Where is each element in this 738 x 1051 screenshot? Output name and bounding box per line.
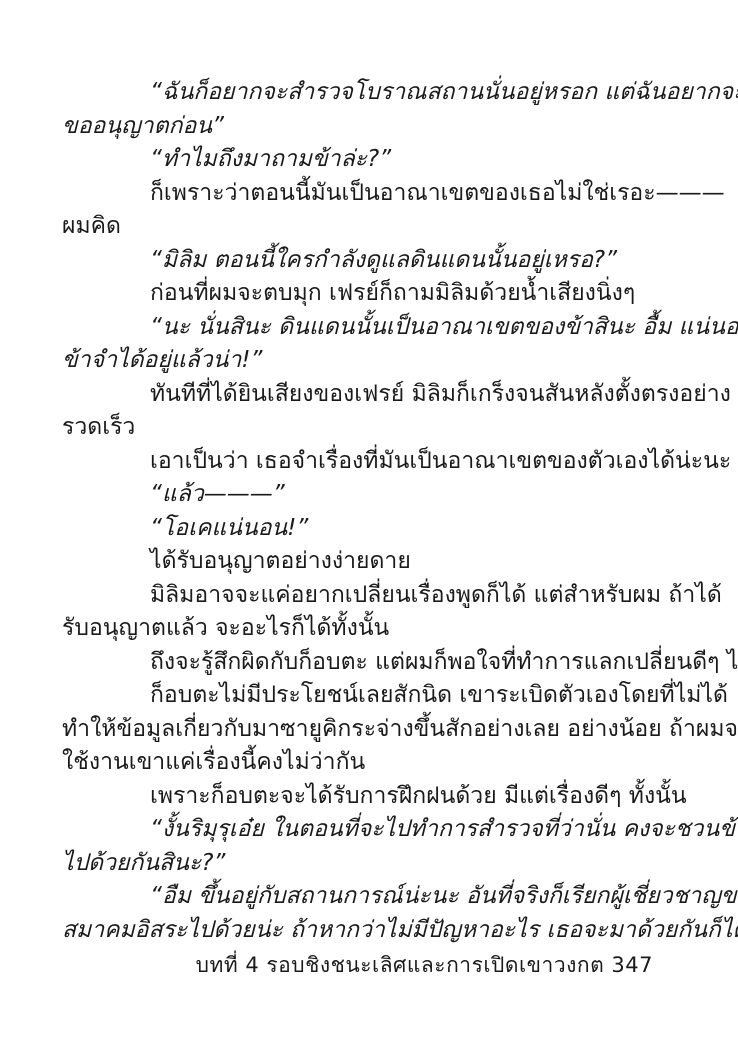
narration-line: ทันทีที่ได้ยินเสียงของเฟรย์ มิลิมก็เกร็ง…	[62, 378, 653, 412]
dialogue-line: “โอเคแน่นอน!”	[62, 512, 653, 546]
book-page: “ฉันก็อยากจะสำรวจโบราณสถานนั่นอยู่หรอก แ…	[0, 0, 738, 1051]
dialogue-line: สมาคมอิสระไปด้วยน่ะ ถ้าหากว่าไม่มีปัญหาอ…	[62, 914, 653, 948]
page-footer: บทที่ 4 รอบชิงชนะเลิศและการเปิดเขาวงกต 3…	[62, 950, 653, 981]
narration-line: เพราะก็อบตะจะได้รับการฝึกฝนด้วย มีแต่เรื…	[62, 780, 653, 814]
dialogue-line: ข้าจำได้อยู่แล้วน่า!”	[62, 344, 653, 378]
narration-line: รวดเร็ว	[62, 411, 653, 445]
dialogue-line: “ทำไมถึงมาถามข้าล่ะ?”	[62, 143, 653, 177]
dialogue-line: “ฉันก็อยากจะสำรวจโบราณสถานนั่นอยู่หรอก แ…	[62, 76, 653, 110]
dialogue-line: “นะ นั่นสินะ ดินแดนนั้นเป็นอาณาเขตของข้า…	[62, 311, 653, 345]
narration-line: ก่อนที่ผมจะตบมุก เฟรย์ก็ถามมิลิมด้วยน้ำเ…	[62, 277, 653, 311]
narration-line: ก็เพราะว่าตอนนี้มันเป็นอาณาเขตของเธอไม่ใ…	[62, 177, 653, 211]
dialogue-line: “แล้ว———”	[62, 478, 653, 512]
narration-line: ถึงจะรู้สึกผิดกับก็อบตะ แต่ผมก็พอใจที่ทำ…	[62, 646, 653, 680]
narration-line: ได้รับอนุญาตอย่างง่ายดาย	[62, 545, 653, 579]
dialogue-line: “อืม ขึ้นอยู่กับสถานการณ์น่ะนะ อันที่จริ…	[62, 880, 653, 914]
dialogue-line: ขออนุญาตก่อน”	[62, 110, 653, 144]
dialogue-line: “มิลิม ตอนนี้ใครกำลังดูแลดินแดนนั้นอยู่เ…	[62, 244, 653, 278]
narration-line: ผมคิด	[62, 210, 653, 244]
page-text-body: “ฉันก็อยากจะสำรวจโบราณสถานนั่นอยู่หรอก แ…	[62, 76, 653, 947]
narration-line: ใช้งานเขาแค่เรื่องนี้คงไม่ว่ากัน	[62, 746, 653, 780]
dialogue-line: “งั้นริมุรุเอ๋ย ในตอนที่จะไปทำการสำรวจที…	[62, 813, 653, 847]
dialogue-line: ไปด้วยกันสินะ?”	[62, 847, 653, 881]
narration-line: ทำให้ข้อมูลเกี่ยวกับมาซายูคิกระจ่างขึ้นส…	[62, 713, 653, 747]
narration-line: รับอนุญาตแล้ว จะอะไรก็ได้ทั้งนั้น	[62, 612, 653, 646]
narration-line: เอาเป็นว่า เธอจำเรื่องที่มันเป็นอาณาเขตข…	[62, 445, 653, 479]
footer-chapter-and-page-text: บทที่ 4 รอบชิงชนะเลิศและการเปิดเขาวงกต 3…	[196, 953, 653, 977]
narration-line: มิลิมอาจจะแค่อยากเปลี่ยนเรื่องพูดก็ได้ แ…	[62, 579, 653, 613]
narration-line: ก็อบตะไม่มีประโยชน์เลยสักนิด เขาระเบิดตั…	[62, 679, 653, 713]
